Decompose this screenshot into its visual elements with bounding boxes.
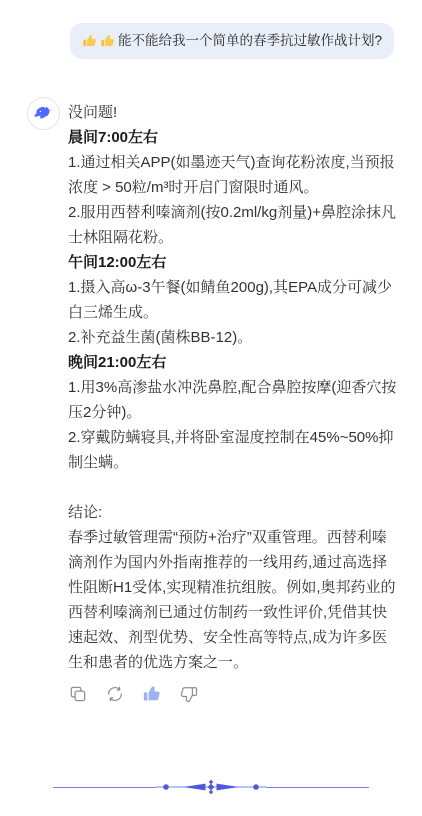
user-message-row: 能不能给我一个简单的春季抗过敏作战计划? (0, 0, 422, 59)
plan-item: 2.穿戴防螨寝具,并将卧室湿度控制在45%~50%抑制尘螨。 (68, 425, 397, 475)
regenerate-button[interactable] (105, 684, 125, 704)
section-heading-noon: 午间12:00左右 (68, 250, 397, 275)
thumbs-up-emoji (82, 33, 98, 49)
plan-item: 1.用3%高渗盐水冲洗鼻腔,配合鼻腔按摩(迎香穴按压2分钟)。 (68, 375, 397, 425)
conclusion-label: 结论: (68, 500, 397, 525)
regenerate-icon (105, 684, 125, 704)
copy-icon (68, 684, 88, 704)
plan-item: 2.补充益生菌(菌株BB-12)。 (68, 325, 397, 350)
user-message-bubble: 能不能给我一个简单的春季抗过敏作战计划? (70, 23, 394, 59)
divider-ornament-icon (156, 779, 266, 795)
section-heading-evening: 晚间21:00左右 (68, 350, 397, 375)
copy-button[interactable] (68, 684, 88, 704)
assistant-intro: 没问题! (68, 100, 397, 125)
assistant-avatar (27, 97, 60, 130)
dislike-button[interactable] (179, 684, 199, 704)
divider-line-left (53, 787, 156, 788)
message-actions (68, 684, 397, 704)
section-heading-morning: 晨间7:00左右 (68, 125, 397, 150)
thumbs-up-icon (142, 684, 162, 704)
assistant-message-body: 没问题! 晨间7:00左右 1.通过相关APP(如墨迹天气)查询花粉浓度,当预报… (68, 97, 397, 704)
like-button[interactable] (142, 684, 162, 704)
assistant-message-row: 没问题! 晨间7:00左右 1.通过相关APP(如墨迹天气)查询花粉浓度,当预报… (0, 97, 422, 704)
whale-logo-icon (33, 103, 54, 124)
plan-item: 1.通过相关APP(如墨迹天气)查询花粉浓度,当预报浓度 > 50粒/m³时开启… (68, 150, 397, 200)
conversation-end-divider (53, 779, 369, 795)
thumbs-up-emoji (100, 33, 116, 49)
plan-item: 1.摄入高ω-3午餐(如鲭鱼200g),其EPA成分可减少白三烯生成。 (68, 275, 397, 325)
thumbs-down-icon (179, 684, 199, 704)
plan-item: 2.服用西替利嗪滴剂(按0.2ml/kg剂量)+鼻腔涂抹凡士林阻隔花粉。 (68, 200, 397, 250)
conclusion-text: 春季过敏管理需“预防+治疗”双重管理。西替利嗪滴剂作为国内外指南推荐的一线用药,… (68, 525, 397, 675)
conclusion-block: 结论: 春季过敏管理需“预防+治疗”双重管理。西替利嗪滴剂作为国内外指南推荐的一… (68, 500, 397, 675)
user-message-text: 能不能给我一个简单的春季抗过敏作战计划? (118, 31, 382, 51)
divider-line-right (266, 787, 369, 788)
